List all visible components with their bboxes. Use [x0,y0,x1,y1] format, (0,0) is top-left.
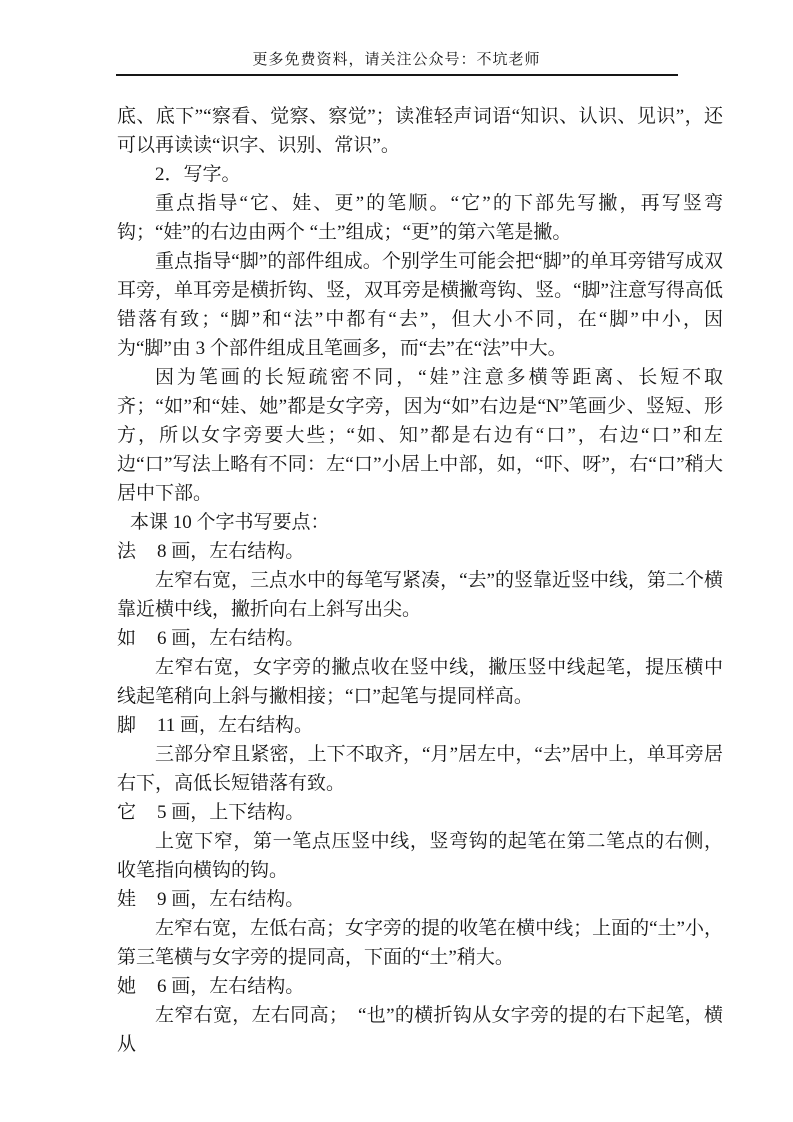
character-entry-jiao: 脚11 画，左右结构。 [117,711,723,740]
entry-stroke-info: 6 画，左右结构。 [157,628,304,649]
entry-character: 法 [117,537,157,566]
character-entry-ta: 它5 画，上下结构。 [117,798,723,827]
entry-character: 她 [117,972,157,1001]
entry-character: 脚 [117,711,157,740]
character-entry-fa: 法8 画，左右结构。 [117,537,723,566]
character-entry-jiao-note: 三部分窄且紧密，上下不取齐，“月”居左中，“去”居中上，单耳旁居右下，高低长短错… [117,740,723,798]
character-entry-wa: 娃9 画，左右结构。 [117,885,723,914]
character-entry-ru-note: 左窄右宽，女字旁的撇点收在竖中线，撇压竖中线起笔，提压横中线起笔稍向上斜与撇相接… [117,653,723,711]
entry-stroke-info: 8 画，左右结构。 [157,541,304,562]
paragraph-stroke-order-guidance: 重点指导“它、娃、更”的笔顺。“它”的下部先写撇，再写竖弯钩；“娃”的右边由两个… [117,189,723,247]
character-entry-wa-note: 左窄右宽，左低右高；女字旁的提的收笔在横中线；上面的“土”小，第三笔横与女字旁的… [117,914,723,972]
entry-stroke-info: 6 画，左右结构。 [157,976,304,997]
entry-character: 如 [117,624,157,653]
header-notice: 更多免费资料，请关注公众号：不坑老师 [116,50,678,74]
paragraph-pronunciation-continuation: 底、底下”“察看、觉察、察觉”；读准轻声词语“知识、认识、见识”，还可以再读读“… [117,102,723,160]
entry-stroke-info: 5 画，上下结构。 [157,802,304,823]
entry-stroke-info: 11 画，左右结构。 [157,715,313,736]
character-entry-fa-note: 左窄右宽，三点水中的每笔写紧凑，“去”的竖靠近竖中线，第二个横靠近横中线，撇折向… [117,566,723,624]
document-page: 更多免费资料，请关注公众号：不坑老师 底、底下”“察看、觉察、察觉”；读准轻声词… [0,0,793,1122]
entry-character: 娃 [117,885,157,914]
entry-character: 它 [117,798,157,827]
paragraph-writing-points-heading: 本课 10 个字书写要点： [117,508,723,537]
paragraph-writing-section-heading: 2．写字。 [117,160,723,189]
page-header: 更多免费资料，请关注公众号：不坑老师 [116,0,678,76]
document-content: 底、底下”“察看、觉察、察觉”；读准轻声词语“知识、认识、见识”，还可以再读读“… [117,102,723,1059]
character-entry-ta-female: 她6 画，左右结构。 [117,972,723,1001]
entry-stroke-info: 9 画，左右结构。 [157,889,304,910]
character-entry-ta-note: 上宽下窄，第一笔点压竖中线，竖弯钩的起笔在第二笔点的右侧，收笔指向横钩的钩。 [117,827,723,885]
character-entry-ta-female-note: 左窄右宽，左右同高； “也”的横折钩从女字旁的提的右下起笔，横从 [117,1001,723,1059]
character-entry-ru: 如6 画，左右结构。 [117,624,723,653]
paragraph-stroke-spacing-guidance: 因为笔画的长短疏密不同，“娃”注意多横等距离、长短不取齐；“如”和“娃、她”都是… [117,363,723,508]
paragraph-jiao-components-guidance: 重点指导“脚”的部件组成。个别学生可能会把“脚”的单耳旁错写成双耳旁，单耳旁是横… [117,247,723,363]
